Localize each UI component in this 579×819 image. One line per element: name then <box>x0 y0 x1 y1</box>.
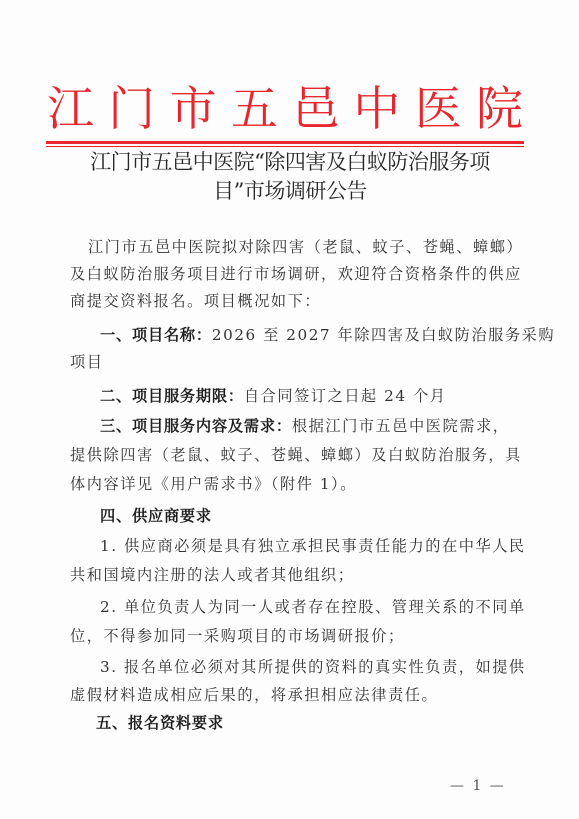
requirement-2-line-1: 2. 单位负责人为同一人或者存在控股、管理关系的不同单 <box>100 596 526 617</box>
requirement-1-line-2: 共和国境内注册的法人或者其他组织； <box>70 564 355 585</box>
section-2-paragraph: 二、项目服务期限：自合同签订之日起 24 个月 <box>100 385 446 406</box>
section-1-paragraph: 一、项目名称：2026 至 2027 年除四害及白蚁防治服务采购 <box>100 324 555 345</box>
masthead-char: 五 <box>231 83 278 137</box>
document-page: 江 门 市 五 邑 中 医 院 江门市五邑中医院“除四害及白蚁防治服务项 目”市… <box>0 0 579 819</box>
intro-line-3: 商提交资料报名。项目概况如下： <box>70 290 321 311</box>
masthead-char: 市 <box>170 83 217 137</box>
section-3-text: 根据江门市五邑中医院需求， <box>292 417 510 435</box>
masthead-char: 中 <box>353 83 400 137</box>
section-1-text: 2026 至 2027 年除四害及白蚁防治服务采购 <box>212 326 555 344</box>
intro-line-1: 江门市五邑中医院拟对除四害（老鼠、蚊子、苍蝇、蟑螂） <box>88 236 523 257</box>
section-3-paragraph: 三、项目服务内容及需求：根据江门市五邑中医院需求， <box>100 415 509 436</box>
section-2-heading: 二、项目服务期限： <box>100 387 244 405</box>
section-3-text-line-2: 提供除四害（老鼠、蚊子、苍蝇、蟑螂）及白蚁防治服务，具 <box>70 444 522 465</box>
page-number: — 1 — <box>450 778 506 794</box>
hospital-masthead: 江 门 市 五 邑 中 医 院 <box>47 83 523 137</box>
section-5-heading: 五、报名资料要求 <box>96 712 224 733</box>
masthead-char: 门 <box>108 83 155 137</box>
requirement-3-line-1: 3. 报名单位必须对其所提供的资料的真实性负责，如提供 <box>100 656 526 677</box>
masthead-char: 医 <box>415 83 462 137</box>
document-title-line-1: 江门市五邑中医院“除四害及白蚁防治服务项 <box>40 147 540 177</box>
section-2-text: 自合同签订之日起 24 个月 <box>244 387 447 405</box>
masthead-char: 院 <box>476 83 523 137</box>
section-4-heading: 四、供应商要求 <box>100 505 212 526</box>
masthead-char: 江 <box>47 83 94 137</box>
requirement-2-line-2: 位，不得参加同一采购项目的市场调研报价； <box>70 625 405 646</box>
section-3-text-line-3: 体内容详见《用户需求书》（附件 1）。 <box>70 473 357 494</box>
section-1-text-line-2: 项目 <box>70 351 103 372</box>
intro-line-2: 及白蚁防治服务项目进行市场调研，欢迎符合资格条件的供应 <box>70 263 522 284</box>
section-1-heading: 一、项目名称： <box>100 326 212 344</box>
requirement-3-line-2: 虚假材料造成相应后果的，将承担相应法律责任。 <box>70 684 438 705</box>
requirement-1-line-1: 1. 供应商必须是具有独立承担民事责任能力的在中华人民 <box>100 535 526 556</box>
section-3-heading: 三、项目服务内容及需求： <box>100 417 292 435</box>
red-divider-thick <box>46 141 524 144</box>
masthead-char: 邑 <box>292 83 339 137</box>
document-title-line-2: 目”市场调研公告 <box>40 176 540 206</box>
